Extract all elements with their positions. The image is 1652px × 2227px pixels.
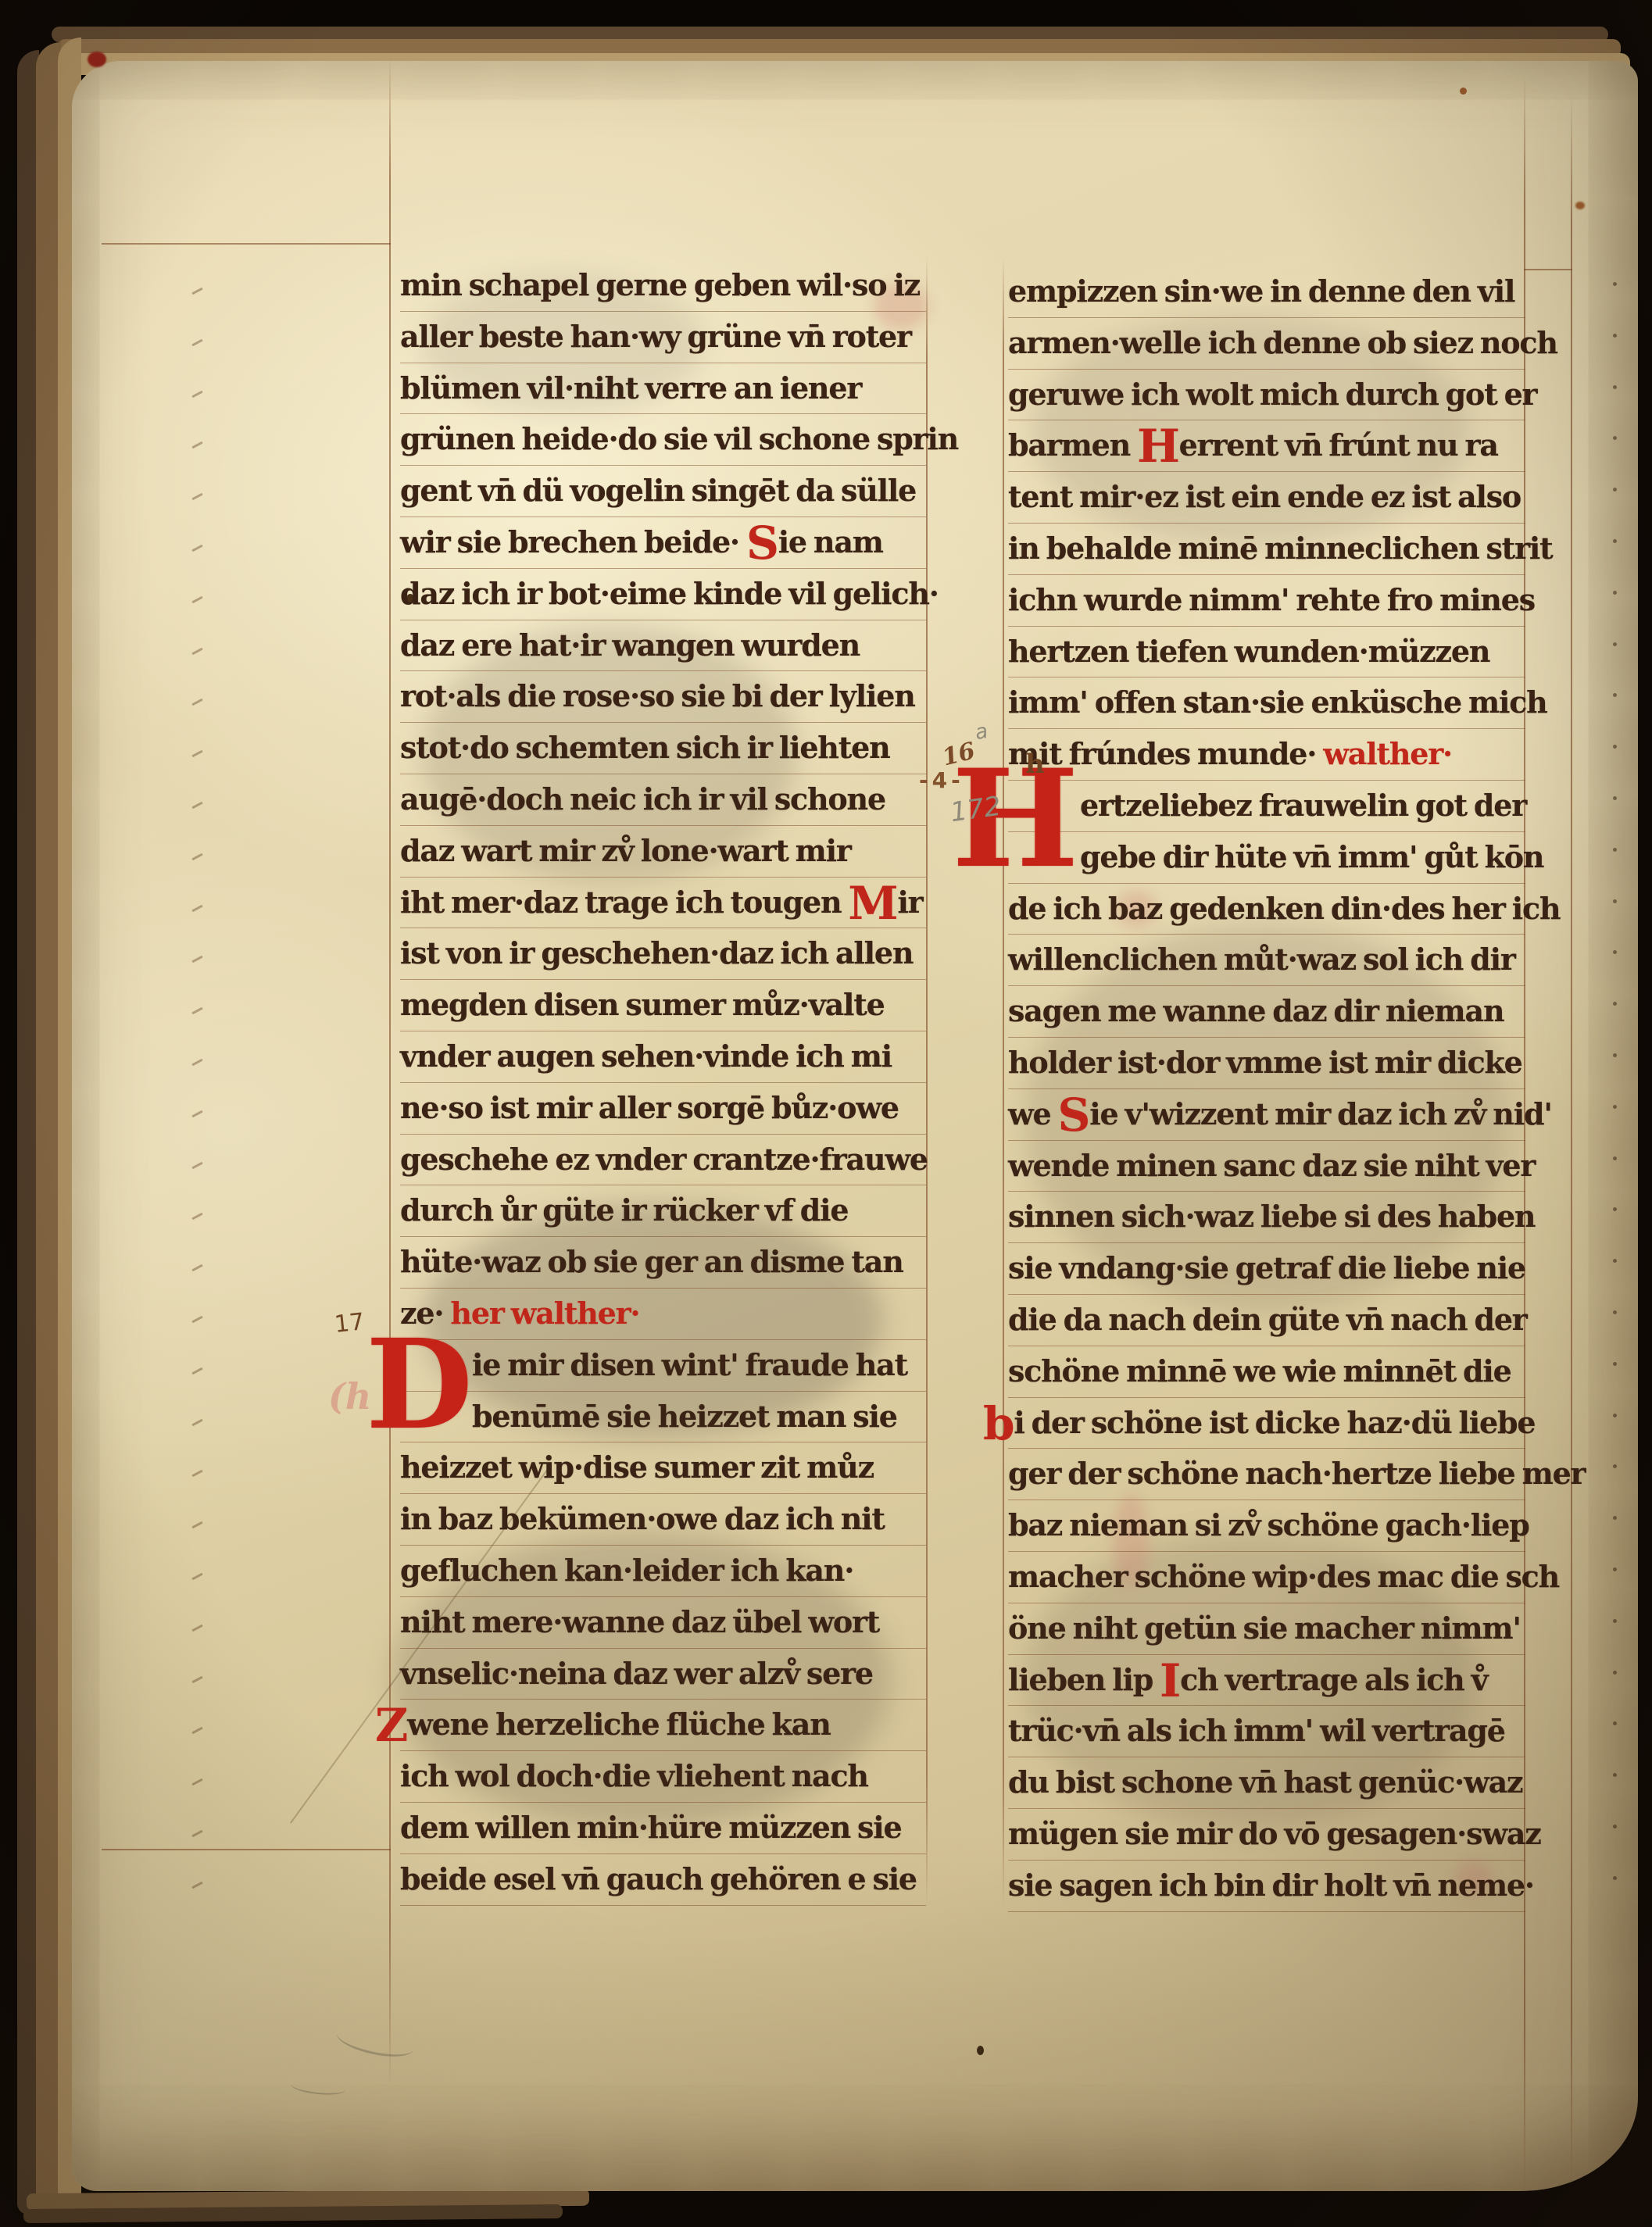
manuscript-text-line: gefluchen kan·leider ich kan· <box>400 1546 926 1597</box>
pricking-dot <box>1613 539 1617 543</box>
ink-text: gebe dir hüte vn̄ imm' gůt kōn <box>1080 839 1543 874</box>
manuscript-text-line: benūmē sie heizzet man sie <box>400 1392 926 1443</box>
manuscript-text-line: geruwe ich wolt mich durch got er <box>1008 370 1525 421</box>
ink-text: benūmē sie heizzet man sie <box>472 1399 897 1434</box>
manuscript-text-line: blümen vil·niht verre an iener <box>400 363 926 415</box>
manuscript-text-line: dem willen min·hüre müzzen sie <box>400 1803 926 1854</box>
manuscript-text-line: daz ere hat·ir wangen wurden <box>400 620 926 672</box>
manuscript-text-line: iht mer·daz trage ich tougen Mir <box>400 878 926 929</box>
red-stain-corner <box>88 52 106 67</box>
ink-text: errent vn̄ frúnt nu ra <box>1179 427 1498 463</box>
ink-text: vnselic·neina daz wer alzv̊ sere <box>400 1656 873 1691</box>
ink-text: daz wart mir zv̊ lone·wart mir <box>400 833 851 868</box>
manuscript-text-line: min schapel gerne geben wil·so iz <box>400 260 926 312</box>
manuscript-text-line: schöne minnē we wie minnēt die <box>1008 1346 1525 1398</box>
ink-text: öne niht getün sie macher nimm' <box>1008 1610 1521 1646</box>
ink-text: vnder augen sehen·vinde ich mi <box>400 1038 892 1074</box>
ink-text: ie mir disen wint' fraude hat <box>472 1347 907 1382</box>
ruling-horizontal-top-right <box>1524 269 1572 270</box>
pricking-dot <box>1613 1105 1617 1109</box>
ink-text: beide esel vn̄ gauch gehören e sie <box>400 1861 917 1896</box>
ruling-vertical-gutter-left <box>926 256 928 1907</box>
ink-text: daz ich ir bot·eime kinde vil gelich· <box>400 576 939 611</box>
manuscript-text-line: ie mir disen wint' fraude hat <box>400 1340 926 1392</box>
pricking-dot <box>1613 642 1617 646</box>
manuscript-text-line: mügen sie mir do vō gesagen·swaz <box>1008 1809 1525 1861</box>
ink-text: grünen heide·do sie vil schone sprin <box>400 421 958 456</box>
pricking-dot <box>1613 591 1617 595</box>
ink-text: tent mir·ez ist ein ende ez ist also <box>1008 479 1521 514</box>
ink-text: gent vn̄ dü vogelin singēt da sülle <box>400 473 916 508</box>
manuscript-text-line: hüte·waz ob sie ger an disme tan <box>400 1237 926 1289</box>
ink-text: wende minen sanc daz sie niht ver <box>1008 1148 1535 1183</box>
pricking-dot <box>1613 334 1617 338</box>
manuscript-text-line: hertzen tiefen wunden·müzzen <box>1008 627 1525 678</box>
manuscript-text-line: sagen me wanne daz dir nieman <box>1008 986 1525 1038</box>
ruling-vertical-outer-margin <box>1571 95 1572 2189</box>
ink-text: baz nieman si zv̊ schöne gach·liep <box>1008 1507 1529 1542</box>
manuscript-text-line: heizzet wip·dise sumer zit můz <box>400 1442 926 1494</box>
ink-text: sie sagen ich bin dir holt vn̄ neme· <box>1008 1868 1534 1903</box>
rubric-text: S <box>746 517 778 570</box>
ink-text: armen·welle ich denne ob siez noch <box>1008 325 1557 360</box>
manuscript-text-line: ger der schöne nach·hertze liebe mer <box>1008 1449 1525 1500</box>
manuscript-photo: min schapel gerne geben wil·so izaller b… <box>0 0 1652 2227</box>
rubric-text: walther· <box>1323 736 1452 771</box>
brown-speck <box>1575 202 1585 209</box>
manuscript-text-line: ichn wurde nimm' rehte fro mines <box>1008 575 1525 627</box>
margin-note-17: 17 <box>333 1308 366 1339</box>
manuscript-text-line: öne niht getün sie macher nimm' <box>1008 1603 1525 1655</box>
manuscript-text-line: de ich baz gedenken din·des her ich <box>1008 884 1525 935</box>
manuscript-text-line: trüc·vn̄ als ich imm' wil vertragē <box>1008 1706 1525 1757</box>
ink-text: ie v'wizzent mir daz ich zv̊ nid' <box>1089 1096 1552 1131</box>
manuscript-text-line: rot·als die rose·so sie bi der lylien <box>400 671 926 723</box>
ink-text: hertzen tiefen wunden·müzzen <box>1008 634 1489 669</box>
manuscript-text-line: megden disen sumer můz·valte <box>400 980 926 1031</box>
ink-text: wir sie brechen beide· <box>400 524 746 559</box>
ink-text: ch vertrage als ich v̊ <box>1180 1662 1487 1697</box>
ink-text: megden disen sumer můz·valte <box>400 987 885 1022</box>
rubric-text: Z <box>375 1699 407 1752</box>
manuscript-text-line: imm' offen stan·sie enküsche mich <box>1008 677 1525 729</box>
brown-speck <box>1460 88 1467 95</box>
rubric-text: M <box>848 877 897 930</box>
manuscript-text-line: vnder augen sehen·vinde ich mi <box>400 1031 926 1083</box>
ink-text: ir <box>897 885 922 920</box>
manuscript-text-line: grünen heide·do sie vil schone sprin <box>400 414 926 466</box>
ink-text: dem willen min·hüre müzzen sie <box>400 1810 901 1845</box>
manuscript-text-line: bi der schöne ist dicke haz·dü liebe <box>1008 1398 1525 1450</box>
text-column-right: empizzen sin·we in denne den vilarmen·we… <box>1008 266 1525 1912</box>
manuscript-text-line: du bist schone vn̄ hast genüc·waz <box>1008 1757 1525 1809</box>
manuscript-text-line: gent vn̄ dü vogelin singēt da sülle <box>400 466 926 517</box>
manuscript-text-line: in behalde minē minneclichen strit <box>1008 524 1525 575</box>
ink-text: macher schöne wip·des mac die sch <box>1008 1559 1559 1594</box>
manuscript-text-line: holder ist·dor vmme ist mir dicke <box>1008 1038 1525 1089</box>
pricking-dot <box>1613 1825 1617 1828</box>
ink-text: ichn wurde nimm' rehte fro mines <box>1008 582 1535 617</box>
manuscript-text-line: geschehe ez vnder crantze·frauwe <box>400 1135 926 1186</box>
ink-text: wene herzeliche flüche kan <box>407 1707 831 1742</box>
manuscript-text-line: ich wol doch·die vliehent nach <box>400 1751 926 1803</box>
ink-text: i der schöne ist dicke haz·dü liebe <box>1014 1405 1535 1440</box>
manuscript-text-line: augē·doch neic ich ir vil schone <box>400 774 926 826</box>
manuscript-text-line: durch ůr güte ir rücker vf die <box>400 1185 926 1237</box>
pricking-dot <box>1613 1053 1617 1057</box>
manuscript-text-line: in baz bekümen·owe daz ich nit <box>400 1494 926 1546</box>
ink-text: stot·do schemten sich ir liehten <box>400 730 890 765</box>
ink-text: du bist schone vn̄ hast genüc·waz <box>1008 1764 1522 1800</box>
ink-speck <box>977 2046 984 2055</box>
rubric-text: her walther· <box>450 1296 639 1331</box>
ink-text: iht mer·daz trage ich tougen <box>400 885 848 920</box>
ink-text: ne·so ist mir aller sorgē bůz·owe <box>400 1090 899 1125</box>
rubric-text: I <box>1160 1654 1180 1707</box>
ink-text: trüc·vn̄ als ich imm' wil vertragē <box>1008 1713 1505 1748</box>
gutter-note-dash4: -4- <box>919 767 964 793</box>
manuscript-text-line: sie vndang·sie getraf die liebe nie <box>1008 1243 1525 1295</box>
rubric-text: b <box>983 1397 1014 1450</box>
ink-text: daz ere hat·ir wangen wurden <box>400 627 860 663</box>
manuscript-text-line: daz ich ir bot·eime kinde vil gelich· <box>400 569 926 620</box>
ink-text: blümen vil·niht verre an iener <box>400 370 861 406</box>
manuscript-text-line: tent mir·ez ist ein ende ez ist also <box>1008 472 1525 524</box>
ink-text: ie nam <box>778 524 883 559</box>
ink-text: in behalde minē minneclichen strit <box>1008 531 1552 566</box>
ink-text: holder ist·dor vmme ist mir dicke <box>1008 1045 1522 1080</box>
manuscript-text-line: ne·so ist mir aller sorgē bůz·owe <box>400 1083 926 1135</box>
manuscript-text-line: aller beste han·wy grüne vn̄ roter <box>400 312 926 363</box>
ink-text: sinnen sich·waz liebe si des haben <box>1008 1199 1535 1234</box>
pricking-dot <box>1613 1567 1617 1571</box>
ruling-horizontal-bottom-margin <box>102 1849 391 1850</box>
manuscript-text-line: wir sie brechen beide· Sie nam <box>400 517 926 569</box>
ink-text: durch ůr güte ir rücker vf die <box>400 1192 848 1228</box>
pricking-dot <box>1613 1414 1617 1417</box>
manuscript-text-line: willenclichen můt·waz sol ich dir <box>1008 935 1525 986</box>
ink-text: we <box>1008 1096 1058 1131</box>
pricking-dot <box>1613 1310 1617 1314</box>
ink-text: hüte·waz ob sie ger an disme tan <box>400 1244 903 1279</box>
manuscript-text-line: beide esel vn̄ gauch gehören e sie <box>400 1854 926 1906</box>
manuscript-text-line: daz wart mir zv̊ lone·wart mir <box>400 826 926 878</box>
ink-text: barmen <box>1008 427 1137 463</box>
manuscript-text-line: stot·do schemten sich ir liehten <box>400 723 926 774</box>
manuscript-text-line: macher schöne wip·des mac die sch <box>1008 1552 1525 1603</box>
ink-text: min schapel gerne geben wil·so iz <box>400 267 920 302</box>
ink-text: de ich baz gedenken din·des her ich <box>1008 891 1560 926</box>
ink-text: schöne minnē we wie minnēt die <box>1008 1353 1511 1389</box>
pricking-dot <box>1613 1156 1617 1160</box>
ink-text: gefluchen kan·leider ich kan· <box>400 1553 853 1588</box>
ruling-horizontal-top-margin <box>102 243 391 245</box>
manuscript-text-line: Zwene herzeliche flüche kan <box>400 1700 926 1751</box>
manuscript-text-line: die da nach dein güte vn̄ nach der <box>1008 1295 1525 1346</box>
ink-text: geschehe ez vnder crantze·frauwe <box>400 1142 928 1177</box>
ink-text: in baz bekümen·owe daz ich nit <box>400 1501 885 1536</box>
manuscript-text-line: ertzeliebez frauwelin got der <box>1008 781 1525 832</box>
manuscript-text-line: niht mere·wanne daz übel wort <box>400 1597 926 1649</box>
manuscript-text-line: mit frúndes munde· walther· <box>1008 729 1525 781</box>
ink-text: sie vndang·sie getraf die liebe nie <box>1008 1250 1525 1285</box>
ink-text: ich wol doch·die vliehent nach <box>400 1758 868 1793</box>
manuscript-text-line: empizzen sin·we in denne den vil <box>1008 266 1525 318</box>
ruling-vertical-left-column <box>389 56 391 2088</box>
manuscript-text-line: we Sie v'wizzent mir daz ich zv̊ nid' <box>1008 1089 1525 1141</box>
manuscript-text-line: wende minen sanc daz sie niht ver <box>1008 1141 1525 1192</box>
ink-text: die da nach dein güte vn̄ nach der <box>1008 1302 1527 1337</box>
ruling-vertical-gutter-right <box>1003 256 1004 1907</box>
manuscript-text-line: vnselic·neina daz wer alzv̊ sere <box>400 1649 926 1700</box>
red-initial-D: D <box>366 1324 473 1447</box>
manuscript-text-line: barmen Herrent vn̄ frúnt nu ra <box>1008 420 1525 472</box>
manuscript-text-line: sinnen sich·waz liebe si des haben <box>1008 1192 1525 1243</box>
text-column-left: min schapel gerne geben wil·so izaller b… <box>400 260 926 1906</box>
ink-text: imm' offen stan·sie enküsche mich <box>1008 685 1547 720</box>
ink-text: aller beste han·wy grüne vn̄ roter <box>400 319 911 354</box>
rubricator-guide-letter: h <box>1025 749 1045 780</box>
ink-text: ertzeliebez frauwelin got der <box>1080 788 1526 823</box>
manuscript-text-line: baz nieman si zv̊ schöne gach·liep <box>1008 1500 1525 1552</box>
rubric-text: S <box>1058 1088 1090 1142</box>
pricking-dot <box>1613 1876 1617 1880</box>
pricking-dot <box>1613 385 1617 389</box>
ink-text: mügen sie mir do vō gesagen·swaz <box>1008 1816 1541 1851</box>
manuscript-text-line: ze· her walther· <box>400 1289 926 1340</box>
pricking-dot <box>1613 796 1617 800</box>
manuscript-text-line: ist von ir geschehen·daz ich allen <box>400 928 926 980</box>
rubric-text: H <box>1137 420 1179 473</box>
pricking-dot <box>1613 1362 1617 1366</box>
ink-text: ist von ir geschehen·daz ich allen <box>400 935 913 971</box>
ink-text: geruwe ich wolt mich durch got er <box>1008 377 1536 412</box>
pricking-dot <box>1613 848 1617 852</box>
ink-text: willenclichen můt·waz sol ich dir <box>1008 942 1515 977</box>
manuscript-text-line: armen·welle ich denne ob siez noch <box>1008 318 1525 370</box>
pricking-dot <box>1613 282 1617 286</box>
ink-text: empizzen sin·we in denne den vil <box>1008 273 1514 309</box>
manuscript-text-line: lieben lip Ich vertrage als ich v̊ <box>1008 1655 1525 1707</box>
margin-note-faint-red: (h <box>328 1375 371 1417</box>
ink-text: lieben lip <box>1008 1662 1160 1697</box>
pricking-dot <box>1613 1619 1617 1623</box>
ink-text: rot·als die rose·so sie bi der lylien <box>400 678 915 713</box>
manuscript-text-line: gebe dir hüte vn̄ imm' gůt kōn <box>1008 832 1525 884</box>
ink-text: niht mere·wanne daz übel wort <box>400 1604 879 1639</box>
ink-text: augē·doch neic ich ir vil schone <box>400 781 885 817</box>
ink-text: ger der schöne nach·hertze liebe mer <box>1008 1456 1585 1491</box>
pricking-dot <box>1613 1671 1617 1675</box>
pricking-dot <box>1613 899 1617 903</box>
manuscript-text-line: sie sagen ich bin dir holt vn̄ neme· <box>1008 1861 1525 1912</box>
ink-text: sagen me wanne daz dir nieman <box>1008 993 1504 1028</box>
